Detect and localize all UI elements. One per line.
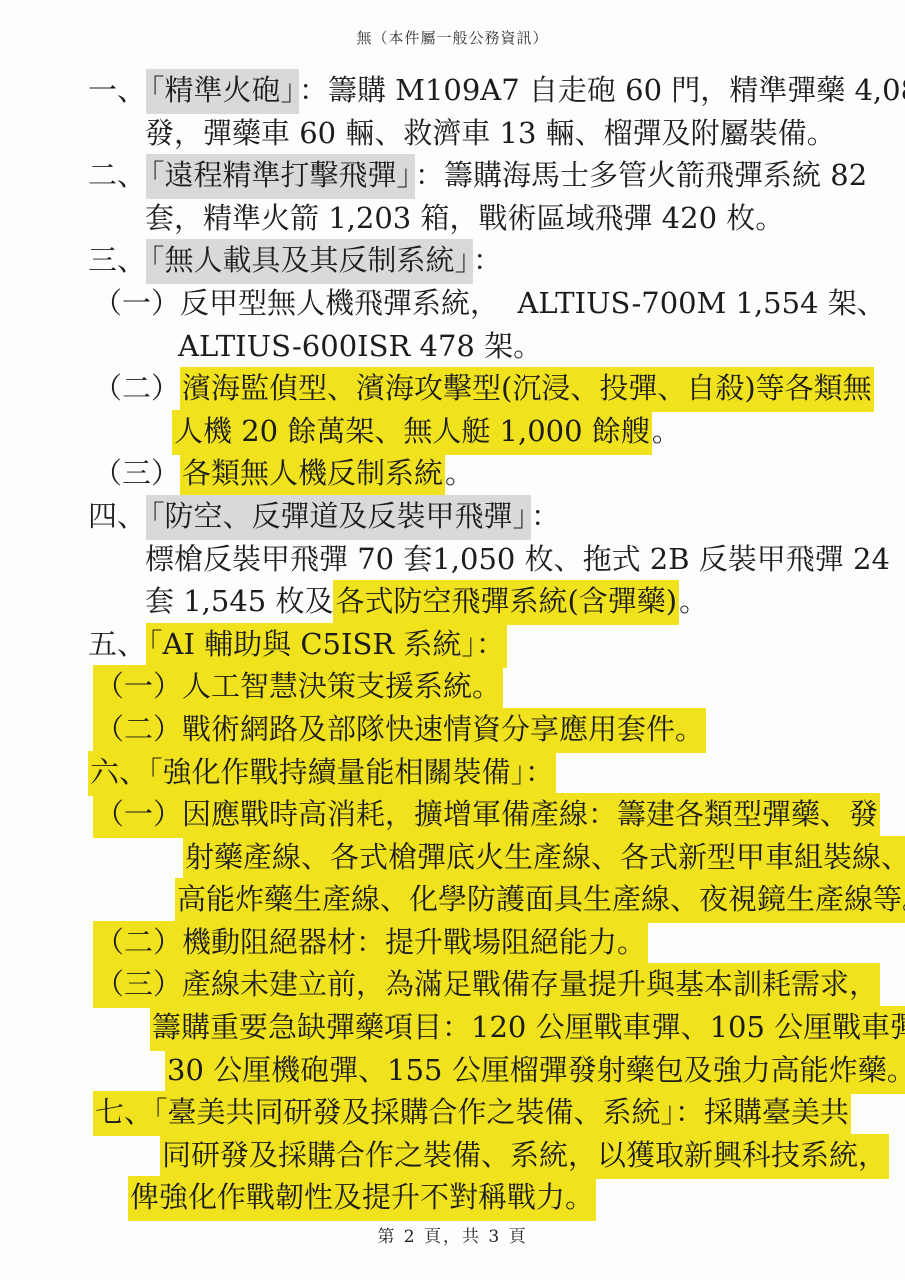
document-line: 標槍反裝甲飛彈 70 套1,050 枚、拖式 2B 反裝甲飛彈 24 <box>0 538 905 581</box>
body-text: 三、 <box>88 243 146 277</box>
yellow-highlighted-text: 各類無人機反制系統 <box>180 452 445 497</box>
document-line: 一、「精準火砲」：籌購 M109A7 自走砲 60 門，精準彈藥 4,080 <box>0 69 905 112</box>
yellow-highlighted-text: 濱海監偵型、濱海攻擊型(沉浸、投彈、自殺)等各類無 <box>180 367 874 412</box>
yellow-highlighted-text: （一）人工智慧決策支援系統。 <box>93 665 503 710</box>
body-text: 二、 <box>88 158 146 192</box>
document-line: 套，精準火箭 1,203 箱，戰術區域飛彈 420 枚。 <box>0 197 905 240</box>
body-text: 一、 <box>88 73 146 107</box>
document-line: 七、「臺美共同研發及採購合作之裝備、系統」：採購臺美共 <box>0 1091 905 1134</box>
yellow-highlighted-text: 七、「臺美共同研發及採購合作之裝備、系統」：採購臺美共 <box>93 1091 851 1136</box>
document-body: 一、「精準火砲」：籌購 M109A7 自走砲 60 門，精準彈藥 4,080發，… <box>0 48 905 1219</box>
document-line: 六、「強化作戰持續量能相關裝備」： <box>0 751 905 794</box>
yellow-highlighted-text: 各式防空飛彈系統(含彈藥) <box>333 580 679 625</box>
body-text: ： <box>473 243 502 277</box>
document-line: 高能炸藥生產線、化學防護面具生產線、夜視鏡生產線等。 <box>0 878 905 921</box>
document-line: 五、「AI 輔助與 C5ISR 系統」： <box>0 623 905 666</box>
body-text: （三） <box>93 456 180 490</box>
yellow-highlighted-text: （二）戰術網路及部隊快速情資分享應用套件。 <box>93 708 706 753</box>
gray-highlighted-term: 「防空、反彈道及反裝甲飛彈」 <box>146 495 531 540</box>
yellow-highlighted-text: 籌購重要急缺彈藥項目：120 公厘戰車彈、105 公厘戰車彈、 <box>150 1006 905 1051</box>
document-line: 30 公厘機砲彈、155 公厘榴彈發射藥包及強力高能炸藥。 <box>0 1049 905 1092</box>
yellow-highlighted-text: 射藥產線、各式槍彈底火生產線、各式新型甲車組裝線、 <box>183 836 905 881</box>
yellow-highlighted-text: （二）機動阻絕器材：提升戰場阻絕能力。 <box>93 921 648 966</box>
body-text: 。 <box>652 414 681 448</box>
document-line: ALTIUS-600ISR 478 架。 <box>0 325 905 368</box>
gray-highlighted-term: 「遠程精準打擊飛彈」 <box>146 154 415 199</box>
body-text: ： <box>531 499 560 533</box>
document-line: 二、「遠程精準打擊飛彈」：籌購海馬士多管火箭飛彈系統 82 <box>0 154 905 197</box>
yellow-highlighted-text: 30 公厘機砲彈、155 公厘榴彈發射藥包及強力高能炸藥。 <box>165 1049 905 1094</box>
document-line: （一）反甲型無人機飛彈系統， ALTIUS-700M 1,554 架、 <box>0 282 905 325</box>
page-number-footer: 第 2 頁，共 3 頁 <box>0 1222 905 1247</box>
yellow-highlighted-text: 俾強化作戰韌性及提升不對稱戰力。 <box>128 1176 596 1221</box>
document-line: 射藥產線、各式槍彈底火生產線、各式新型甲車組裝線、 <box>0 836 905 879</box>
document-line: 四、「防空、反彈道及反裝甲飛彈」： <box>0 495 905 538</box>
body-text: 。 <box>445 456 474 490</box>
classification-note: 無（本件屬一般公務資訊） <box>0 0 905 48</box>
gray-highlighted-term: 「精準火砲」 <box>146 69 299 114</box>
yellow-highlighted-text: （三）產線未建立前，為滿足戰備存量提升與基本訓耗需求， <box>93 963 880 1008</box>
body-text: ：籌購海馬士多管火箭飛彈系統 82 <box>415 158 867 192</box>
document-line: （二）濱海監偵型、濱海攻擊型(沉浸、投彈、自殺)等各類無 <box>0 367 905 410</box>
document-line: （二）機動阻絕器材：提升戰場阻絕能力。 <box>0 921 905 964</box>
body-text: 四、 <box>88 499 146 533</box>
body-text: ：籌購 M109A7 自走砲 60 門，精準彈藥 4,080 <box>299 73 905 107</box>
document-line: 同研發及採購合作之裝備、系統，以獲取新興科技系統， <box>0 1134 905 1177</box>
yellow-highlighted-text: 「AI 輔助與 C5ISR 系統」： <box>146 623 507 668</box>
body-text: 。 <box>679 584 708 618</box>
body-text: 五、 <box>88 627 146 661</box>
document-line: （一）因應戰時高消耗，擴增軍備產線：籌建各類型彈藥、發 <box>0 793 905 836</box>
document-line: （三）產線未建立前，為滿足戰備存量提升與基本訓耗需求， <box>0 963 905 1006</box>
document-line: 套 1,545 枚及各式防空飛彈系統(含彈藥)。 <box>0 580 905 623</box>
document-line: 俾強化作戰韌性及提升不對稱戰力。 <box>0 1176 905 1219</box>
document-line: 發，彈藥車 60 輛、救濟車 13 輛、榴彈及附屬裝備。 <box>0 112 905 155</box>
document-line: （三）各類無人機反制系統。 <box>0 452 905 495</box>
yellow-highlighted-text: 同研發及採購合作之裝備、系統，以獲取新興科技系統， <box>160 1134 889 1179</box>
body-text: （二） <box>93 371 180 405</box>
body-text: 套，精準火箭 1,203 箱，戰術區域飛彈 420 枚。 <box>145 201 784 235</box>
body-text: （一）反甲型無人機飛彈系統， ALTIUS-700M 1,554 架、 <box>93 286 886 320</box>
document-line: 三、「無人載具及其反制系統」： <box>0 239 905 282</box>
document-line: 籌購重要急缺彈藥項目：120 公厘戰車彈、105 公厘戰車彈、 <box>0 1006 905 1049</box>
yellow-highlighted-text: （一）因應戰時高消耗，擴增軍備產線：籌建各類型彈藥、發 <box>93 793 880 838</box>
yellow-highlighted-text: 人機 20 餘萬架、無人艇 1,000 餘艘 <box>172 410 652 455</box>
scanned-document-page: 無（本件屬一般公務資訊） 一、「精準火砲」：籌購 M109A7 自走砲 60 門… <box>0 0 905 1280</box>
body-text: 套 1,545 枚及 <box>145 584 333 618</box>
yellow-highlighted-text: 六、「強化作戰持續量能相關裝備」： <box>88 751 556 796</box>
document-line: （二）戰術網路及部隊快速情資分享應用套件。 <box>0 708 905 751</box>
yellow-highlighted-text: 高能炸藥生產線、化學防護面具生產線、夜視鏡生產線等。 <box>175 878 905 923</box>
body-text: 標槍反裝甲飛彈 70 套1,050 枚、拖式 2B 反裝甲飛彈 24 <box>145 542 890 576</box>
document-line: （一）人工智慧決策支援系統。 <box>0 665 905 708</box>
body-text: 發，彈藥車 60 輛、救濟車 13 輛、榴彈及附屬裝備。 <box>145 116 836 150</box>
document-line: 人機 20 餘萬架、無人艇 1,000 餘艘。 <box>0 410 905 453</box>
body-text: ALTIUS-600ISR 478 架。 <box>178 329 542 363</box>
gray-highlighted-term: 「無人載具及其反制系統」 <box>146 239 473 284</box>
